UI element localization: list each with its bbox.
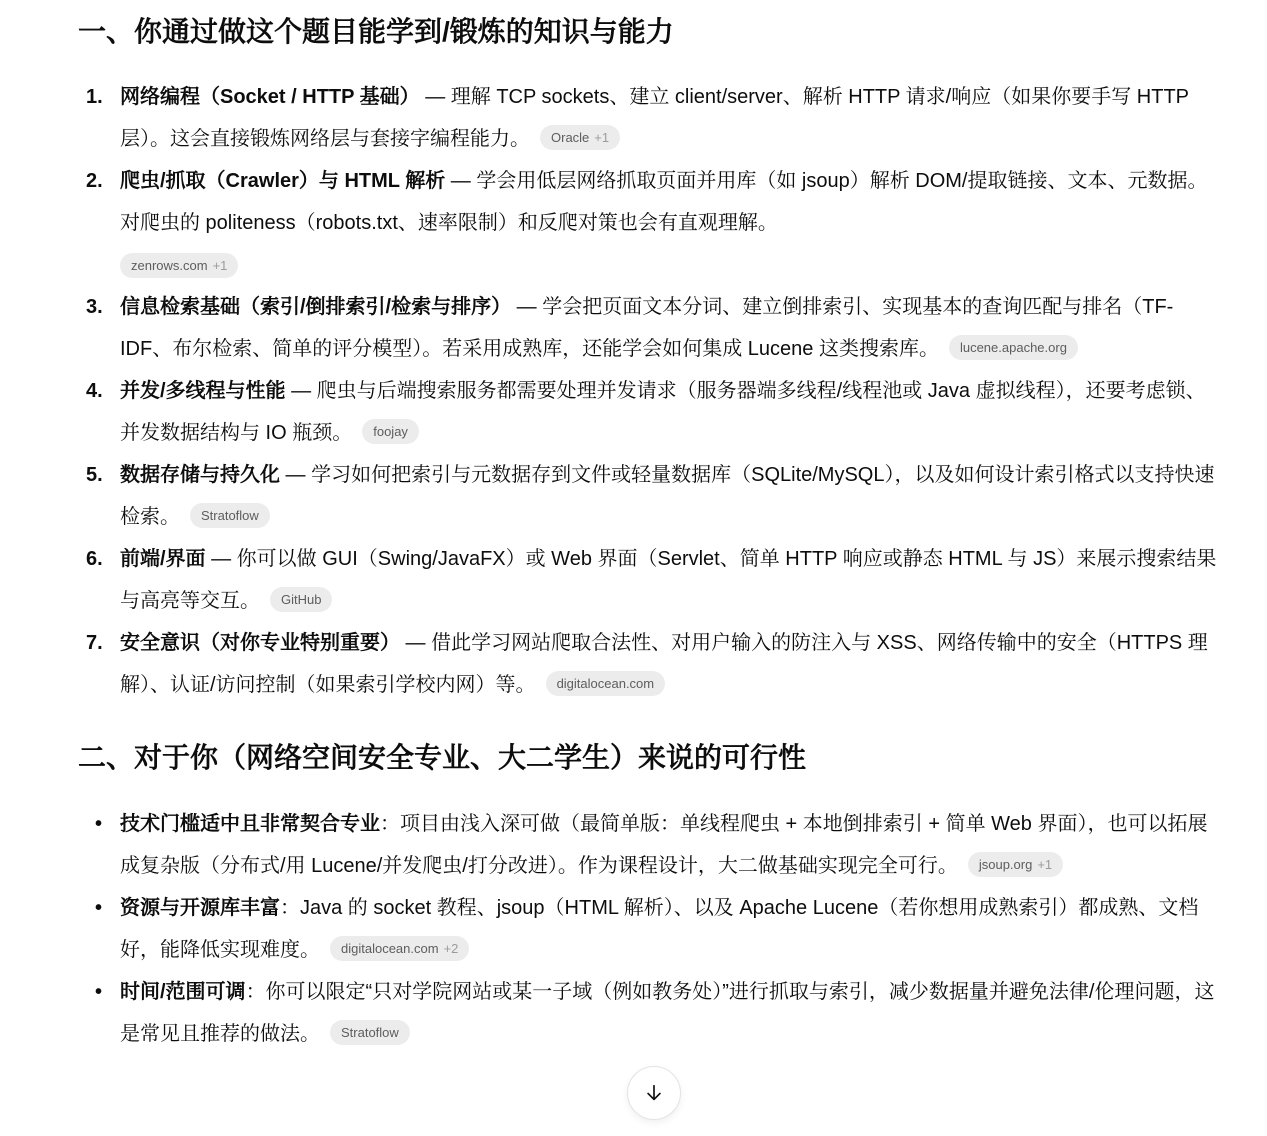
citation-label: digitalocean.com — [341, 941, 439, 956]
citation-label: foojay — [373, 424, 408, 439]
knowledge-item-7: 7.安全意识（对你专业特别重要） — 借此学习网站爬取合法性、对用户输入的防注入… — [78, 622, 1217, 706]
citation-pill[interactable]: digitalocean.com+2 — [330, 936, 469, 961]
knowledge-item-3: 3.信息检索基础（索引/倒排索引/检索与排序） — 学会把页面文本分词、建立倒排… — [78, 286, 1217, 370]
citation-pill[interactable]: Stratoflow — [330, 1020, 410, 1045]
feasibility-item-3: •时间/范围可调：你可以限定“只对学院网站或某一子域（例如教务处）”进行抓取与索… — [78, 971, 1217, 1055]
item-body: ：你可以限定“只对学院网站或某一子域（例如教务处）”进行抓取与索引，减少数据量并… — [120, 981, 1214, 1045]
list-number: 4. — [86, 370, 103, 412]
scroll-to-bottom-button[interactable] — [627, 1066, 681, 1120]
feasibility-list: •技术门槛适中且非常契合专业：项目由浅入深可做（最简单版：单线程爬虫 + 本地倒… — [78, 803, 1217, 1055]
bullet-icon: • — [95, 887, 102, 929]
feasibility-item-1: •技术门槛适中且非常契合专业：项目由浅入深可做（最简单版：单线程爬虫 + 本地倒… — [78, 803, 1217, 887]
citation-pill[interactable]: lucene.apache.org — [949, 335, 1078, 360]
citation-extra-count: +1 — [594, 130, 609, 145]
citation-pill[interactable]: digitalocean.com — [546, 671, 666, 696]
citation-pill[interactable]: GitHub — [270, 587, 332, 612]
citation-label: lucene.apache.org — [960, 340, 1067, 355]
citation-extra-count: +2 — [444, 941, 459, 956]
citation-label: GitHub — [281, 592, 321, 607]
citation-pill[interactable]: Stratoflow — [190, 503, 270, 528]
citation-pill[interactable]: jsoup.org+1 — [968, 852, 1063, 877]
list-number: 5. — [86, 454, 103, 496]
item-lead: 资源与开源库丰富 — [120, 897, 280, 919]
item-lead: 时间/范围可调 — [120, 981, 246, 1003]
item-lead: 数据存储与持久化 — [120, 464, 280, 486]
citation-label: Stratoflow — [341, 1025, 399, 1040]
section-heading-2: 二、对于你（网络空间安全专业、大二学生）来说的可行性 — [78, 740, 1217, 776]
list-number: 6. — [86, 538, 103, 580]
list-number: 7. — [86, 622, 103, 664]
list-number: 1. — [86, 76, 103, 118]
citation-extra-count: +1 — [1037, 857, 1052, 872]
citation-label: digitalocean.com — [557, 676, 655, 691]
list-number: 2. — [86, 160, 103, 202]
knowledge-item-2: 2.爬虫/抓取（Crawler）与 HTML 解析 — 学会用低层网络抓取页面并… — [78, 160, 1217, 286]
citation-label: zenrows.com — [131, 258, 208, 273]
citation-label: jsoup.org — [979, 857, 1032, 872]
citation-label: Oracle — [551, 130, 589, 145]
item-lead: 网络编程（Socket / HTTP 基础） — [120, 86, 420, 108]
item-lead: 前端/界面 — [120, 548, 206, 570]
item-lead: 并发/多线程与性能 — [120, 380, 286, 402]
item-lead: 技术门槛适中且非常契合专业 — [120, 813, 380, 835]
bullet-icon: • — [95, 803, 102, 845]
knowledge-item-4: 4.并发/多线程与性能 — 爬虫与后端搜索服务都需要处理并发请求（服务器端多线程… — [78, 370, 1217, 454]
citation-pill[interactable]: zenrows.com+1 — [120, 253, 238, 278]
item-lead: 爬虫/抓取（Crawler）与 HTML 解析 — [120, 170, 445, 192]
knowledge-item-1: 1.网络编程（Socket / HTTP 基础） — 理解 TCP socket… — [78, 76, 1217, 160]
knowledge-item-5: 5.数据存储与持久化 — 学习如何把索引与元数据存到文件或轻量数据库（SQLit… — [78, 454, 1217, 538]
list-number: 3. — [86, 286, 103, 328]
item-body: ：Java 的 socket 教程、jsoup（HTML 解析）、以及 Apac… — [120, 897, 1198, 961]
citation-pill[interactable]: Oracle+1 — [540, 125, 620, 150]
item-body: — 学习如何把索引与元数据存到文件或轻量数据库（SQLite/MySQL），以及… — [120, 464, 1215, 528]
knowledge-item-6: 6.前端/界面 — 你可以做 GUI（Swing/JavaFX）或 Web 界面… — [78, 538, 1217, 622]
citation-extra-count: +1 — [213, 258, 228, 273]
chat-message-content: 一、你通过做这个题目能学到/锻炼的知识与能力 1.网络编程（Socket / H… — [0, 0, 1267, 1055]
citation-row: zenrows.com+1 — [120, 244, 1217, 286]
item-lead: 信息检索基础（索引/倒排索引/检索与排序） — [120, 296, 511, 318]
arrow-down-icon — [643, 1082, 665, 1104]
knowledge-list: 1.网络编程（Socket / HTTP 基础） — 理解 TCP socket… — [78, 76, 1217, 706]
citation-label: Stratoflow — [201, 508, 259, 523]
bullet-icon: • — [95, 971, 102, 1013]
item-lead: 安全意识（对你专业特别重要） — [120, 632, 400, 654]
section-heading-1: 一、你通过做这个题目能学到/锻炼的知识与能力 — [78, 14, 1217, 50]
citation-pill[interactable]: foojay — [362, 419, 419, 444]
feasibility-item-2: •资源与开源库丰富：Java 的 socket 教程、jsoup（HTML 解析… — [78, 887, 1217, 971]
